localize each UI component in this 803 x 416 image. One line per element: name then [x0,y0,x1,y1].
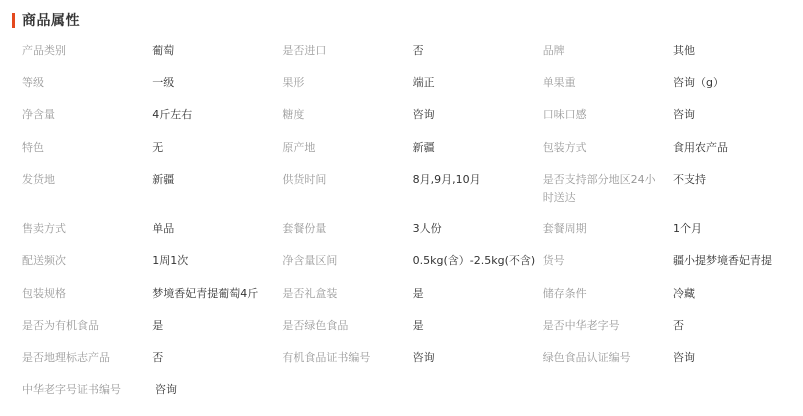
attribute-value: 1个月 [673,220,803,238]
accent-bar [12,13,15,28]
attribute-label: 果形 [282,74,412,92]
attribute-value: 食用农产品 [673,139,803,157]
attribute-label: 是否绿色食品 [282,317,412,335]
attribute-value: 0.5kg(含）-2.5kg(不含) [413,252,543,270]
attribute-value: 疆小提梦境香妃青提 [673,252,803,270]
attribute-label: 品牌 [543,42,673,60]
attribute-label: 绿色食品认证编号 [543,349,673,367]
attribute-label: 是否礼盒装 [282,285,412,303]
attribute-label: 净含量 [22,106,152,124]
attribute-label: 是否为有机食品 [22,317,152,335]
attribute-value: 新疆 [152,171,282,189]
attribute-value: 无 [152,139,282,157]
attribute-value: 8月,9月,10月 [413,171,543,189]
attribute-label: 产品类别 [22,42,152,60]
attribute-label: 包装方式 [543,139,673,157]
attribute-value: 否 [152,349,282,367]
attribute-row: 是否为有机食品是是否绿色食品是是否中华老字号否 [22,317,803,349]
attribute-value: 葡萄 [152,42,282,60]
attribute-value: 3人份 [413,220,543,238]
attribute-row: 等级一级果形端正单果重咨询（g） [22,74,803,106]
attribute-value: 否 [413,42,543,60]
attribute-value: 新疆 [413,139,543,157]
attribute-label: 是否支持部分地区24小时送达 [543,171,663,207]
attribute-label: 配送频次 [22,252,152,270]
attribute-row: 发货地新疆供货时间8月,9月,10月是否支持部分地区24小时送达不支持 [22,171,803,220]
attribute-label: 原产地 [282,139,412,157]
attribute-value: 其他 [673,42,803,60]
section-header: 商品属性 [12,11,80,29]
attribute-value: 单品 [152,220,282,238]
attribute-value: 咨询 [673,106,803,124]
attribute-label: 套餐周期 [543,220,673,238]
attribute-label: 净含量区间 [282,252,412,270]
attribute-value: 冷藏 [673,285,803,303]
attribute-table: 产品类别葡萄是否进口否品牌其他等级一级果形端正单果重咨询（g）净含量4斤左右糖度… [22,42,803,413]
attribute-label: 售卖方式 [22,220,152,238]
attribute-value: 梦境香妃青提葡萄4斤 [152,285,282,303]
attribute-label: 口味口感 [543,106,673,124]
attribute-value: 不支持 [673,171,803,189]
attribute-label: 有机食品证书编号 [282,349,412,367]
attribute-label: 单果重 [543,74,673,92]
attribute-label: 供货时间 [282,171,412,189]
attribute-label: 包装规格 [22,285,152,303]
attribute-value: 咨询 [413,106,543,124]
attribute-value: 是 [152,317,282,335]
attribute-label: 是否地理标志产品 [22,349,152,367]
attribute-label: 特色 [22,139,152,157]
attribute-value: 咨询（g） [673,74,803,92]
attribute-value: 咨询 [673,349,803,367]
attribute-label: 是否进口 [282,42,412,60]
attribute-value: 端正 [413,74,543,92]
attribute-value: 是 [413,285,543,303]
attribute-label: 货号 [543,252,673,270]
attribute-value: 是 [413,317,543,335]
section-title: 商品属性 [22,10,80,30]
attribute-row: 产品类别葡萄是否进口否品牌其他 [22,42,803,74]
attribute-value: 一级 [152,74,282,92]
attribute-label: 等级 [22,74,152,92]
attribute-label: 套餐份量 [282,220,412,238]
attribute-row: 包装规格梦境香妃青提葡萄4斤是否礼盒装是储存条件冷藏 [22,285,803,317]
attribute-label: 储存条件 [543,285,673,303]
attribute-value: 1周1次 [152,252,282,270]
attribute-row: 特色无原产地新疆包装方式食用农产品 [22,139,803,171]
attribute-row: 是否地理标志产品否有机食品证书编号咨询绿色食品认证编号咨询 [22,349,803,381]
attribute-label: 发货地 [22,171,152,189]
attribute-row: 净含量4斤左右糖度咨询口味口感咨询 [22,106,803,139]
attribute-label: 中华老字号证书编号 [22,381,155,399]
attribute-row: 中华老字号证书编号咨询 [22,381,803,413]
attribute-value: 咨询 [155,381,288,399]
attribute-row: 配送频次1周1次净含量区间0.5kg(含）-2.5kg(不含)货号疆小提梦境香妃… [22,252,803,285]
attribute-row: 售卖方式单品套餐份量3人份套餐周期1个月 [22,220,803,252]
attribute-value: 4斤左右 [152,106,282,124]
attribute-value: 否 [673,317,803,335]
attribute-value: 咨询 [413,349,543,367]
attribute-label: 是否中华老字号 [543,317,673,335]
attribute-label: 糖度 [282,106,412,124]
